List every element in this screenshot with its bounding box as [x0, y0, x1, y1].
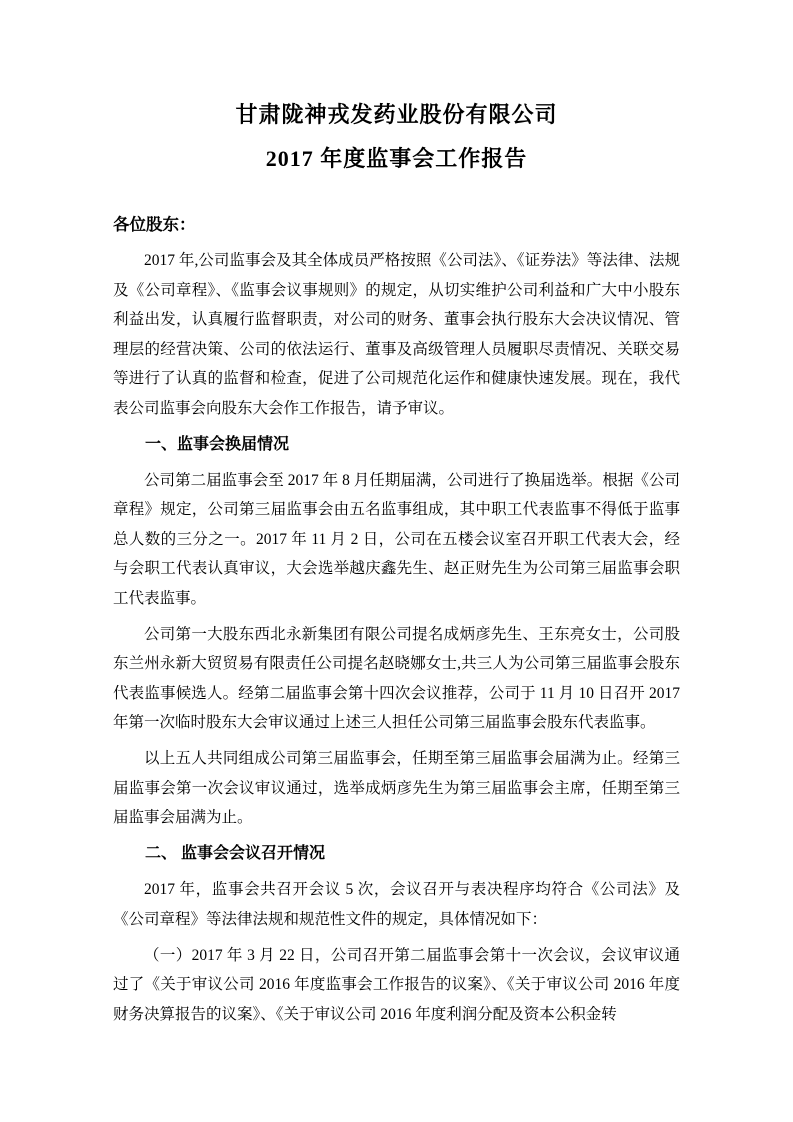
document-content: 甘肃陇神戎发药业股份有限公司 2017 年度监事会工作报告 各位股东： 2017…: [0, 0, 793, 1029]
document-body: 2017 年,公司监事会及其全体成员严格按照《公司法》、《证券法》等法律、法规及…: [113, 246, 680, 1029]
document-title-report: 2017 年度监事会工作报告: [113, 144, 680, 174]
paragraph: （一）2017 年 3 月 22 日，公司召开第二届监事会第十一次会议，会议审议…: [113, 941, 680, 1030]
paragraph: 以上五人共同组成公司第三届监事会，任期至第三届监事会届满为止。经第三届监事会第一…: [113, 744, 680, 833]
paragraph: 2017 年，监事会共召开会议 5 次，会议召开与表决程序均符合《公司法》及《公…: [113, 875, 680, 934]
section-heading: 二、 监事会会议召开情况: [113, 839, 680, 869]
paragraph: 公司第二届监事会至 2017 年 8 月任期届满，公司进行了换届选举。根据《公司…: [113, 466, 680, 614]
section-heading: 一、监事会换届情况: [113, 430, 680, 460]
document-page: 甘肃陇神戎发药业股份有限公司 2017 年度监事会工作报告 各位股东： 2017…: [0, 0, 793, 1122]
paragraph: 公司第一大股东西北永新集团有限公司提名成炳彦先生、王东亮女士，公司股东兰州永新大…: [113, 620, 680, 738]
document-title-company: 甘肃陇神戎发药业股份有限公司: [113, 100, 680, 130]
paragraph: 2017 年,公司监事会及其全体成员严格按照《公司法》、《证券法》等法律、法规及…: [113, 246, 680, 423]
salutation: 各位股东：: [113, 210, 680, 240]
